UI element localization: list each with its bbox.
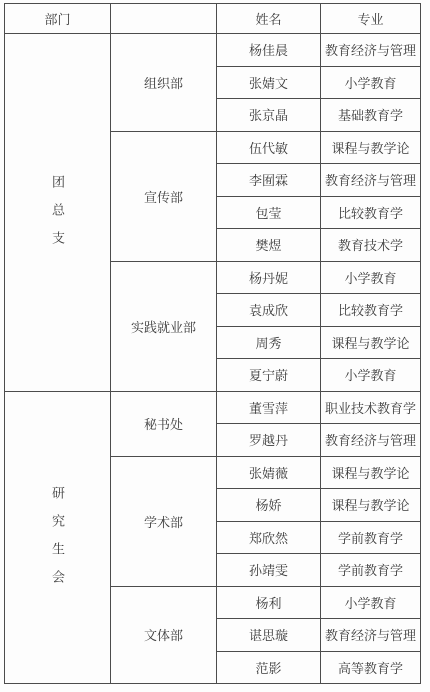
- member-major-cell: 学前教育学: [321, 521, 421, 554]
- group-cell-tuanzongzhi: 团总支: [5, 34, 111, 392]
- member-name-cell: 孙靖雯: [217, 554, 321, 587]
- table-header-row: 部门 姓名 专业: [5, 4, 421, 34]
- department-cell: 组织部: [111, 34, 217, 132]
- member-name-cell: 张京晶: [217, 99, 321, 132]
- member-major-cell: 基础教育学: [321, 99, 421, 132]
- member-major-cell: 教育经济与管理: [321, 164, 421, 197]
- member-name-cell: 谌思璇: [217, 619, 321, 652]
- member-name-cell: 伍代敏: [217, 131, 321, 164]
- member-name-cell: 杨利: [217, 586, 321, 619]
- member-name-cell: 周秀: [217, 326, 321, 359]
- department-cell: 实践就业部: [111, 261, 217, 391]
- member-major-cell: 小学教育: [321, 66, 421, 99]
- header-major: 专业: [321, 4, 421, 34]
- table-row: 研究生会 秘书处 董雪萍 职业技术教育学: [5, 391, 421, 424]
- membership-table: 部门 姓名 专业 团总支 组织部 杨佳晨 教育经济与管理 张婧文 小学教育 张京…: [4, 3, 421, 684]
- member-major-cell: 课程与教学论: [321, 489, 421, 522]
- member-name-cell: 董雪萍: [217, 391, 321, 424]
- member-name-cell: 张婧薇: [217, 456, 321, 489]
- member-major-cell: 教育经济与管理: [321, 424, 421, 457]
- header-department: 部门: [5, 4, 111, 34]
- department-cell: 秘书处: [111, 391, 217, 456]
- member-name-cell: 包莹: [217, 196, 321, 229]
- member-name-cell: 樊煜: [217, 229, 321, 262]
- member-name-cell: 张婧文: [217, 66, 321, 99]
- member-major-cell: 教育经济与管理: [321, 619, 421, 652]
- member-name-cell: 郑欣然: [217, 521, 321, 554]
- member-name-cell: 杨佳晨: [217, 34, 321, 67]
- member-major-cell: 课程与教学论: [321, 326, 421, 359]
- header-sub-department: [111, 4, 217, 34]
- department-cell: 文体部: [111, 586, 217, 684]
- header-name: 姓名: [217, 4, 321, 34]
- member-major-cell: 小学教育: [321, 359, 421, 392]
- member-name-cell: 袁成欣: [217, 294, 321, 327]
- department-cell: 学术部: [111, 456, 217, 586]
- group-cell-yanjiushenghui: 研究生会: [5, 391, 111, 684]
- member-major-cell: 比较教育学: [321, 196, 421, 229]
- member-major-cell: 小学教育: [321, 586, 421, 619]
- member-name-cell: 杨娇: [217, 489, 321, 522]
- member-name-cell: 李囿霖: [217, 164, 321, 197]
- member-major-cell: 课程与教学论: [321, 456, 421, 489]
- group-label: 研究生会: [51, 486, 64, 598]
- table-row: 团总支 组织部 杨佳晨 教育经济与管理: [5, 34, 421, 67]
- member-major-cell: 学前教育学: [321, 554, 421, 587]
- member-name-cell: 罗越丹: [217, 424, 321, 457]
- member-name-cell: 范影: [217, 651, 321, 684]
- member-major-cell: 小学教育: [321, 261, 421, 294]
- member-major-cell: 比较教育学: [321, 294, 421, 327]
- group-label: 团总支: [51, 175, 64, 259]
- department-cell: 宣传部: [111, 131, 217, 261]
- member-major-cell: 教育技术学: [321, 229, 421, 262]
- member-name-cell: 夏宁蔚: [217, 359, 321, 392]
- member-name-cell: 杨丹妮: [217, 261, 321, 294]
- member-major-cell: 课程与教学论: [321, 131, 421, 164]
- member-major-cell: 教育经济与管理: [321, 34, 421, 67]
- member-major-cell: 高等教育学: [321, 651, 421, 684]
- member-major-cell: 职业技术教育学: [321, 391, 421, 424]
